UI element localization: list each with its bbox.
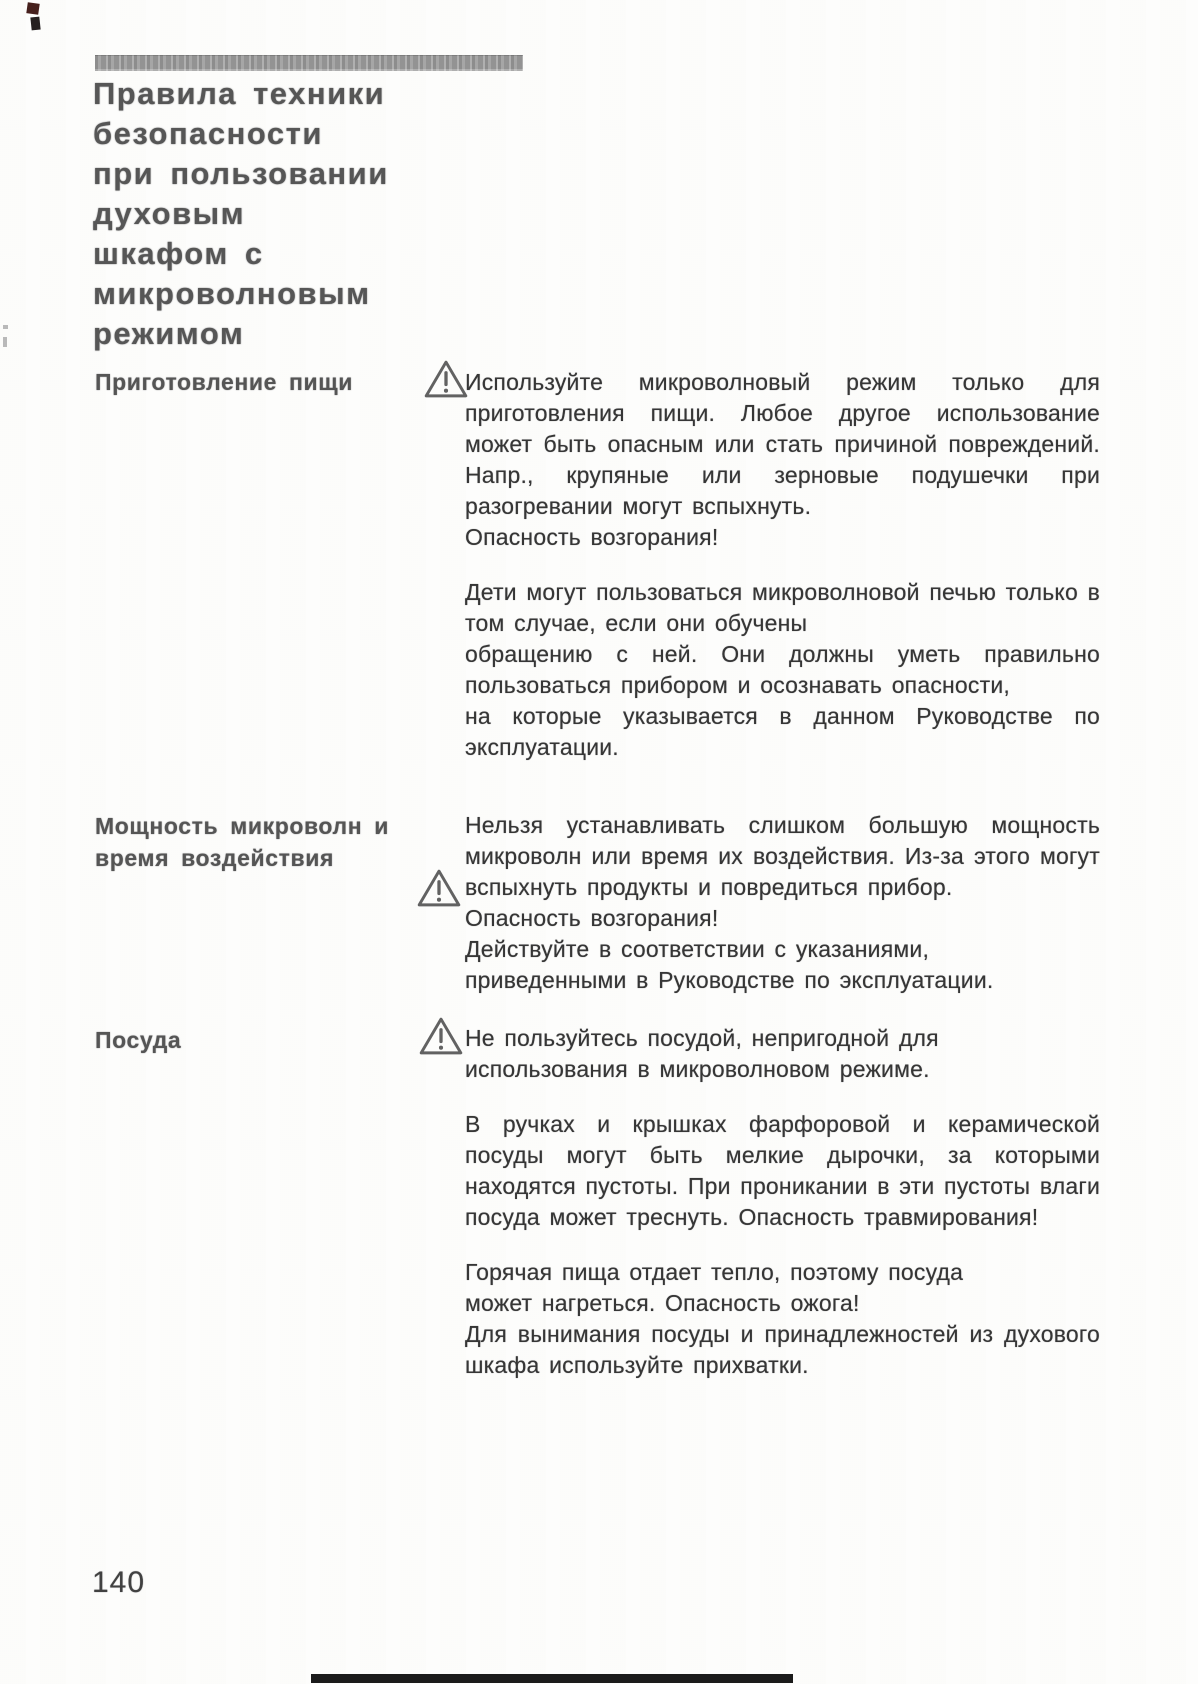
paragraph: Дети могут пользоваться микроволновой пе… (465, 577, 1100, 763)
warning-triangle-icon (417, 868, 461, 908)
paragraph: Используйте микроволновый режим только д… (465, 367, 1100, 553)
paragraph: Не пользуйтесь посудой, непригодной для … (465, 1023, 1100, 1085)
warning-triangle-icon (419, 1016, 463, 1056)
scan-artifact-dash (3, 337, 7, 347)
page-number: 140 (92, 1566, 145, 1600)
paragraph: Горячая пища отдает тепло, поэтому посуд… (465, 1257, 1100, 1381)
scan-artifact-mark (30, 17, 40, 31)
scan-artifact-dash (3, 325, 8, 329)
paragraph: В ручках и крышках фарфоровой и керамиче… (465, 1109, 1100, 1233)
paragraph: Нельзя устанавливать слишком большую мощ… (465, 810, 1100, 996)
title-decoration-bar (95, 55, 523, 71)
section-label-cookware: Посуда (95, 1024, 425, 1056)
section-label-power-time: Мощность микроволн и время воздействия (95, 810, 425, 874)
section-body-power-time: Нельзя устанавливать слишком большую мощ… (465, 810, 1100, 996)
warning-triangle-icon (424, 359, 468, 399)
section-body-cooking: Используйте микроволновый режим только д… (465, 367, 1100, 763)
page-title: Правила техники безопасности при пользов… (93, 74, 633, 354)
section-body-cookware: Не пользуйтесь посудой, непригодной для … (465, 1023, 1100, 1381)
section-label-cooking: Приготовление пищи (95, 366, 425, 398)
scan-artifact-mark (26, 2, 39, 15)
scan-edge-bar (311, 1674, 793, 1683)
manual-page: Правила техники безопасности при пользов… (0, 0, 1198, 1684)
